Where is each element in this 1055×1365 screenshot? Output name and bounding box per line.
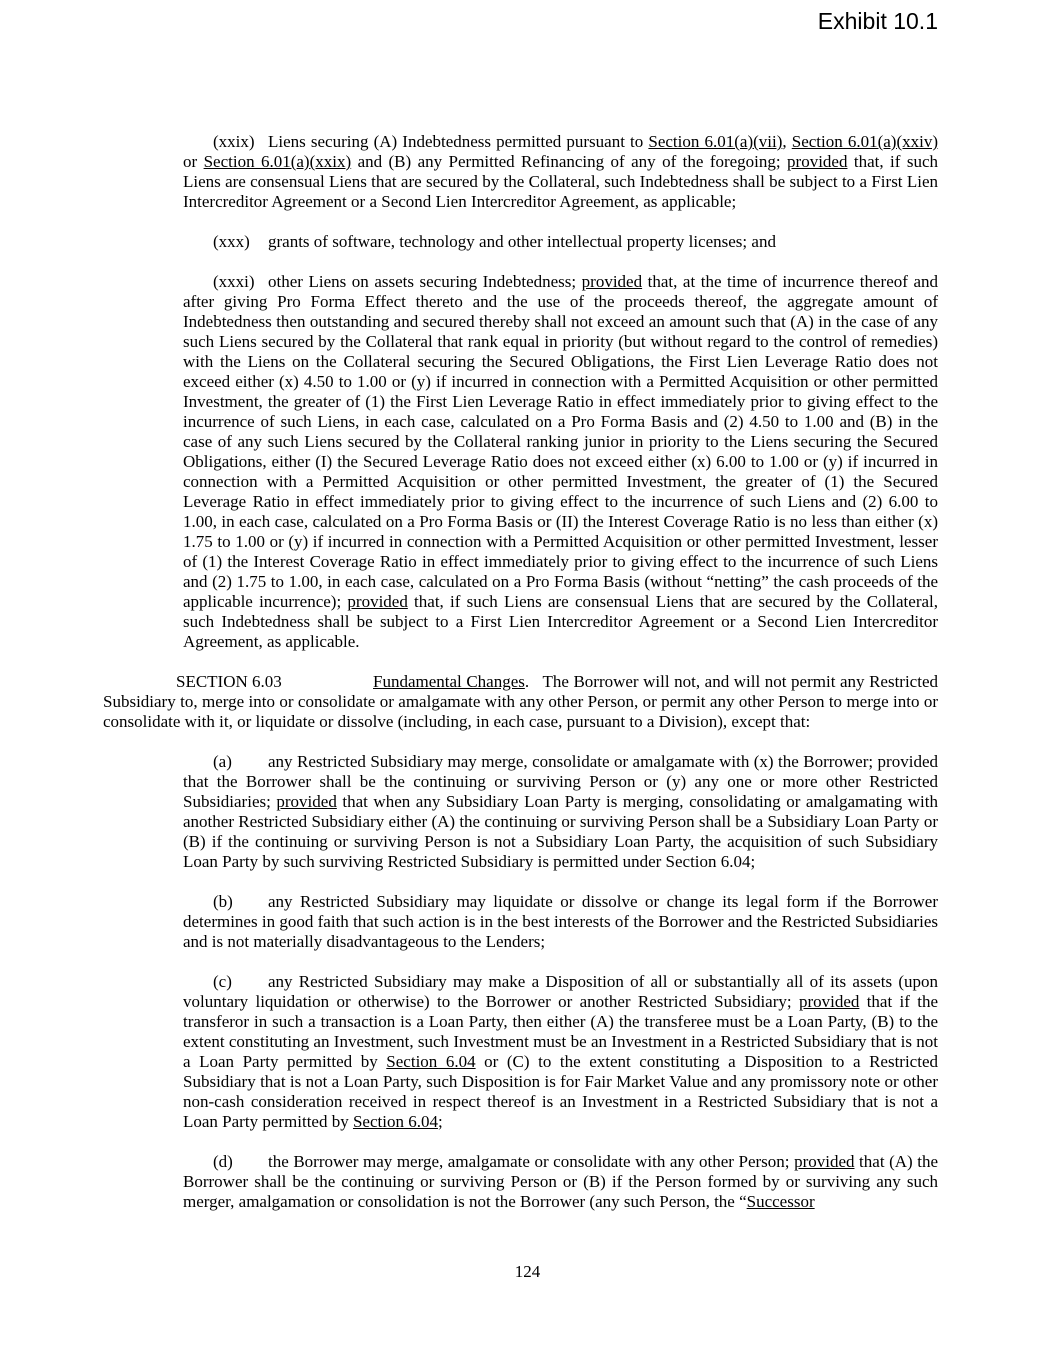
underlined-term: provided [799,992,859,1011]
underlined-term: provided [787,152,847,171]
paragraph-label: (a) [183,752,268,772]
text-run: ; [438,1112,443,1131]
exhibit-label: Exhibit 10.1 [103,8,938,35]
text-run: and (B) any Permitted Refinancing of any… [351,152,787,171]
paragraph-d: (d)the Borrower may merge, amalgamate or… [183,1152,938,1212]
paragraph-xxx: (xxx)grants of software, technology and … [183,232,938,252]
paragraph-label: (d) [183,1152,268,1172]
underlined-term: Section 6.04 [386,1052,475,1071]
document-page: Exhibit 10.1 (xxix)Liens securing (A) In… [0,0,1055,1365]
text-run: or [183,152,204,171]
page-number: 124 [0,1262,1055,1282]
text-run: any Restricted Subsidiary may liquidate … [183,892,938,951]
text-run: the Borrower may merge, amalgamate or co… [268,1152,794,1171]
underlined-term: Section 6.01(a)(vii) [648,132,782,151]
underlined-term: provided [276,792,336,811]
underlined-term: provided [347,592,407,611]
paragraph-label: (xxxi) [183,272,268,292]
underlined-term: Section 6.01(a)(xxix) [204,152,352,171]
paragraph-section-603: SECTION 6.03Fundamental Changes. The Bor… [103,672,938,732]
paragraph-label: (xxix) [183,132,268,152]
text-run: grants of software, technology and other… [268,232,776,251]
text-run: other Liens on assets securing Indebtedn… [268,272,582,291]
underlined-term: Successor [747,1192,815,1211]
text-run: that, at the time of incurrence thereof … [183,272,938,611]
underlined-term: provided [582,272,642,291]
paragraph-c: (c)any Restricted Subsidiary may make a … [183,972,938,1132]
text-run: , [782,132,791,151]
paragraph-label: (xxx) [183,232,268,252]
underlined-term: Section 6.04 [353,1112,438,1131]
underlined-term: Section 6.01(a)(xxiv) [792,132,938,151]
underlined-term: Fundamental Changes [373,672,525,691]
paragraph-a: (a)any Restricted Subsidiary may merge, … [183,752,938,872]
paragraph-xxix: (xxix)Liens securing (A) Indebtedness pe… [183,132,938,212]
text-run: Liens securing (A) Indebtedness permitte… [268,132,648,151]
paragraph-label: (c) [183,972,268,992]
paragraph-label: SECTION 6.03 [103,672,373,692]
paragraph-label: (b) [183,892,268,912]
underlined-term: provided [794,1152,854,1171]
document-body: (xxix)Liens securing (A) Indebtedness pe… [103,132,938,1212]
paragraph-xxxi: (xxxi)other Liens on assets securing Ind… [183,272,938,652]
paragraph-b: (b)any Restricted Subsidiary may liquida… [183,892,938,952]
